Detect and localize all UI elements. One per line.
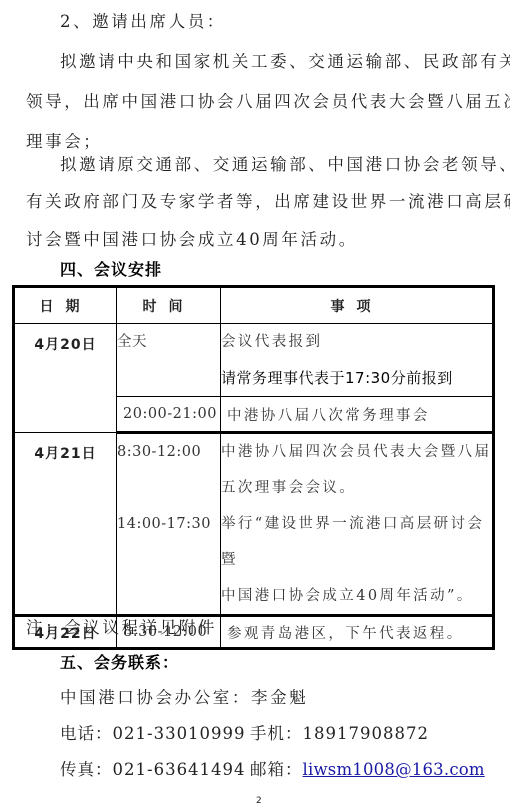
item-text: 中国港口协会成立40周年活动”。 xyxy=(221,578,492,614)
invite-para1-line3: 理事会； xyxy=(26,132,102,152)
invite-para1-line2: 领导，出席中国港口协会八届四次会员代表大会暨八届五次 xyxy=(26,92,510,112)
item-text: 会议代表报到 xyxy=(221,324,492,360)
date-cell: 4月21日 xyxy=(14,433,117,616)
page-number: 2 xyxy=(256,796,262,806)
contact-mobile: 手机：18917908872 xyxy=(250,724,429,744)
contact-email-label: 邮箱： xyxy=(250,760,303,779)
schedule-table: 日期 时间 事项 4月20日 全天 会议代表报到 请常务理事代表于17:30分前… xyxy=(12,285,495,650)
time-text: 8:30-12:00 xyxy=(117,434,220,470)
time-text: 14:00-17:30 xyxy=(117,506,220,542)
contact-fax: 传真：021-63641494 xyxy=(60,760,246,780)
item-text: 五次理事会会议。 xyxy=(221,470,492,506)
contact-phone: 电话：021-33010999 xyxy=(60,724,246,744)
schedule-note: 注：会议议程详见附件 xyxy=(26,618,217,638)
contact-email-row: 邮箱：liwsm1008@163.com xyxy=(250,760,485,780)
date-cell: 4月20日 xyxy=(14,324,117,433)
item-cell: 参观青岛港区，下午代表返程。 xyxy=(221,616,494,649)
item-text: 举行“建设世界一流港口高层研讨会暨 xyxy=(221,506,492,578)
item-cell: 中港协八届四次会员代表大会暨八届 五次理事会会议。 举行“建设世界一流港口高层研… xyxy=(221,433,494,616)
header-item: 事项 xyxy=(221,287,494,324)
email-link[interactable]: liwsm1008@163.com xyxy=(303,760,485,779)
time-cell: 20:00-21:00 xyxy=(117,397,221,433)
invite-para2-line3: 讨会暨中国港口协会成立40周年活动。 xyxy=(26,230,358,250)
invite-heading: 2、邀请出席人员： xyxy=(60,12,226,32)
table-row: 4月20日 全天 会议代表报到 请常务理事代表于17:30分前报到 xyxy=(14,324,494,397)
contact-office: 中国港口协会办公室：李金魁 xyxy=(60,688,308,708)
time-cell: 8:30-12:00 14:00-17:30 xyxy=(117,433,221,616)
item-cell: 中港协八届八次常务理事会 xyxy=(221,397,494,433)
item-text: 中港协八届四次会员代表大会暨八届 xyxy=(221,434,492,470)
item-text-bold: 请常务理事代表于17:30分前报到 xyxy=(221,360,492,396)
invite-para2-line1: 拟邀请原交通部、交通运输部、中国港口协会老领导、 xyxy=(60,155,510,175)
item-cell: 会议代表报到 请常务理事代表于17:30分前报到 xyxy=(221,324,494,397)
header-time: 时间 xyxy=(117,287,221,324)
header-date: 日期 xyxy=(14,287,117,324)
table-row: 4月21日 8:30-12:00 14:00-17:30 中港协八届四次会员代表… xyxy=(14,433,494,616)
table-header-row: 日期 时间 事项 xyxy=(14,287,494,324)
contact-heading: 五、会务联系： xyxy=(60,653,179,673)
invite-para2-line2: 有关政府部门及专家学者等，出席建设世界一流港口高层研 xyxy=(26,192,510,212)
time-cell: 全天 xyxy=(117,324,221,397)
schedule-heading: 四、会议安排 xyxy=(60,260,162,280)
invite-para1-line1: 拟邀请中央和国家机关工委、交通运输部、民政部有关 xyxy=(60,52,510,72)
